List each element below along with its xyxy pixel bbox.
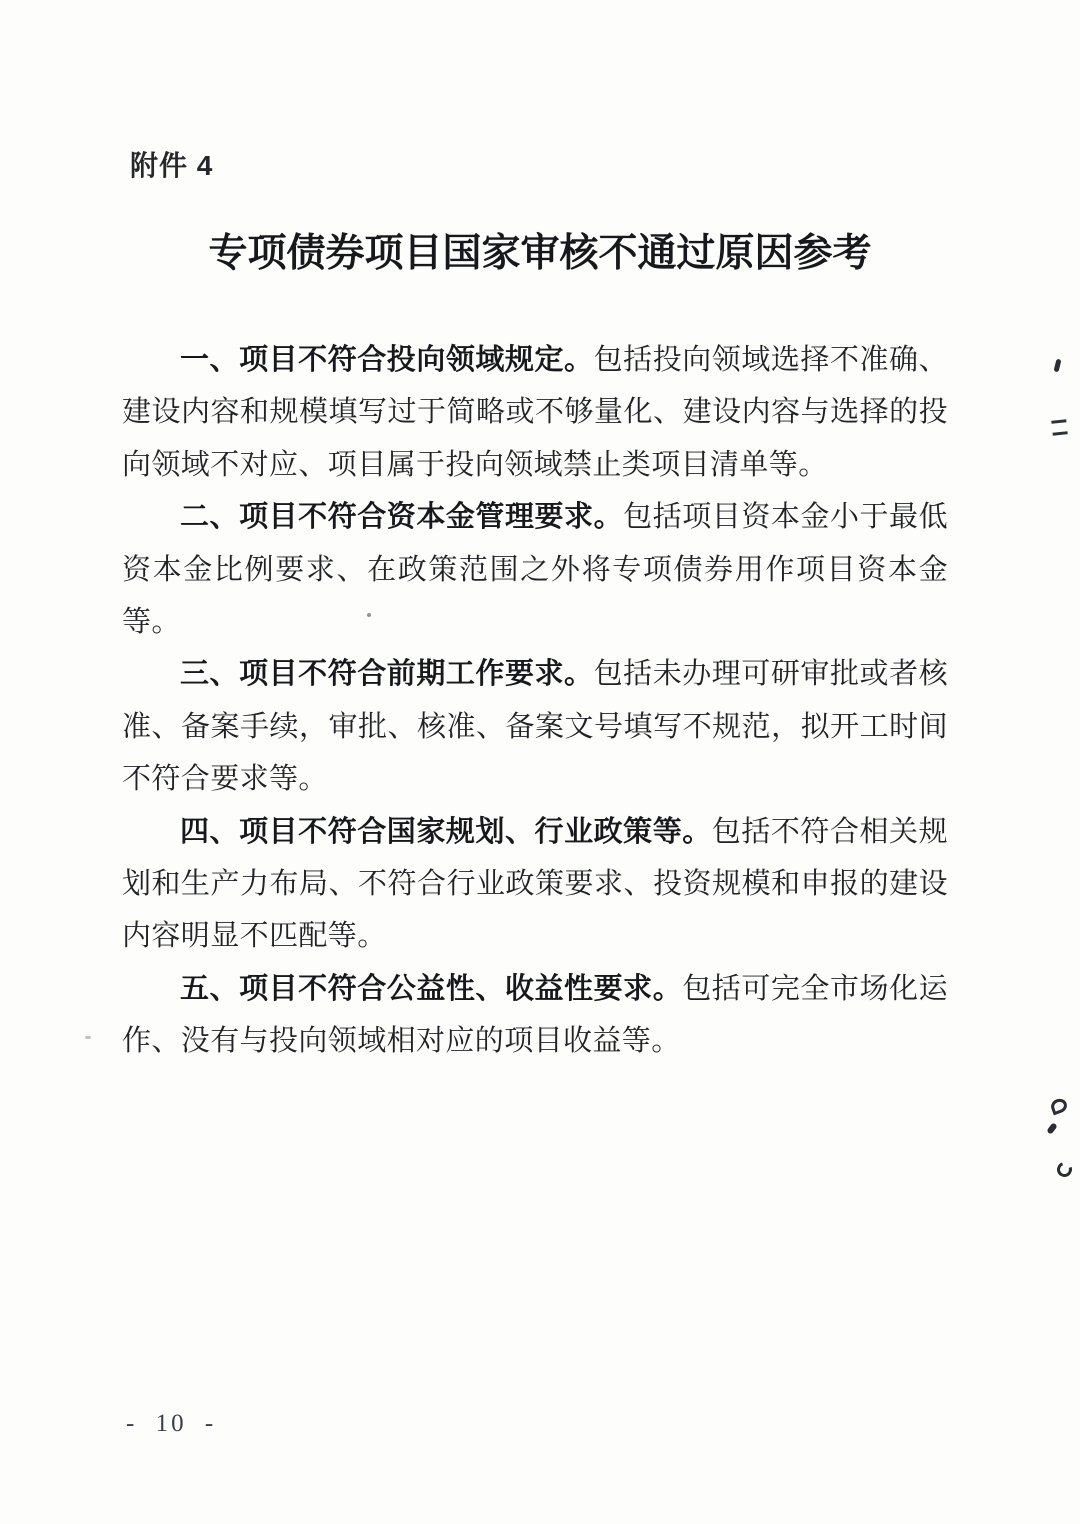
paragraph-heading: 二、项目不符合资本金管理要求。	[180, 501, 623, 533]
paragraph-item: 二、项目不符合资本金管理要求。包括项目资本金小于最低资本金比例要求、在政策范围之…	[122, 491, 948, 648]
paragraph-heading: 三、项目不符合前期工作要求。	[180, 658, 594, 690]
scanned-document-page: 附件 4 专项债券项目国家审核不通过原因参考 一、项目不符合投向领域规定。包括投…	[0, 0, 1080, 1524]
paragraph-heading: 五、项目不符合公益性、收益性要求。	[180, 973, 682, 1005]
scan-smudge-comma	[1046, 1122, 1058, 1134]
page-title: 专项债券项目国家审核不通过原因参考	[0, 222, 1080, 278]
scan-smudge-ring	[1055, 1160, 1075, 1180]
paragraph-item: 一、项目不符合投向领域规定。包括投向领域选择不准确、建设内容和规模填写过于简略或…	[122, 334, 948, 491]
scan-smudge-curl	[1049, 1097, 1069, 1116]
document-body: 一、项目不符合投向领域规定。包括投向领域选择不准确、建设内容和规模填写过于简略或…	[122, 334, 948, 1068]
scan-smudge-tick	[1054, 359, 1062, 373]
paragraph-item: 三、项目不符合前期工作要求。包括未办理可研审批或者核准、备案手续，审批、核准、备…	[122, 648, 948, 805]
paragraph-heading: 四、项目不符合国家规划、行业政策等。	[180, 816, 712, 848]
ink-dot	[85, 1036, 91, 1039]
scan-smudge-wave	[1051, 419, 1067, 435]
paragraph-heading: 一、项目不符合投向领域规定。	[180, 344, 594, 376]
page-number: - 10 -	[126, 1410, 216, 1438]
ink-dot	[367, 613, 371, 617]
attachment-label: 附件 4	[130, 144, 213, 184]
paragraph-item: 四、项目不符合国家规划、行业政策等。包括不符合相关规划和生产力布局、不符合行业政…	[122, 806, 948, 963]
paragraph-item: 五、项目不符合公益性、收益性要求。包括可完全市场化运作、没有与投向领域相对应的项…	[122, 963, 948, 1068]
